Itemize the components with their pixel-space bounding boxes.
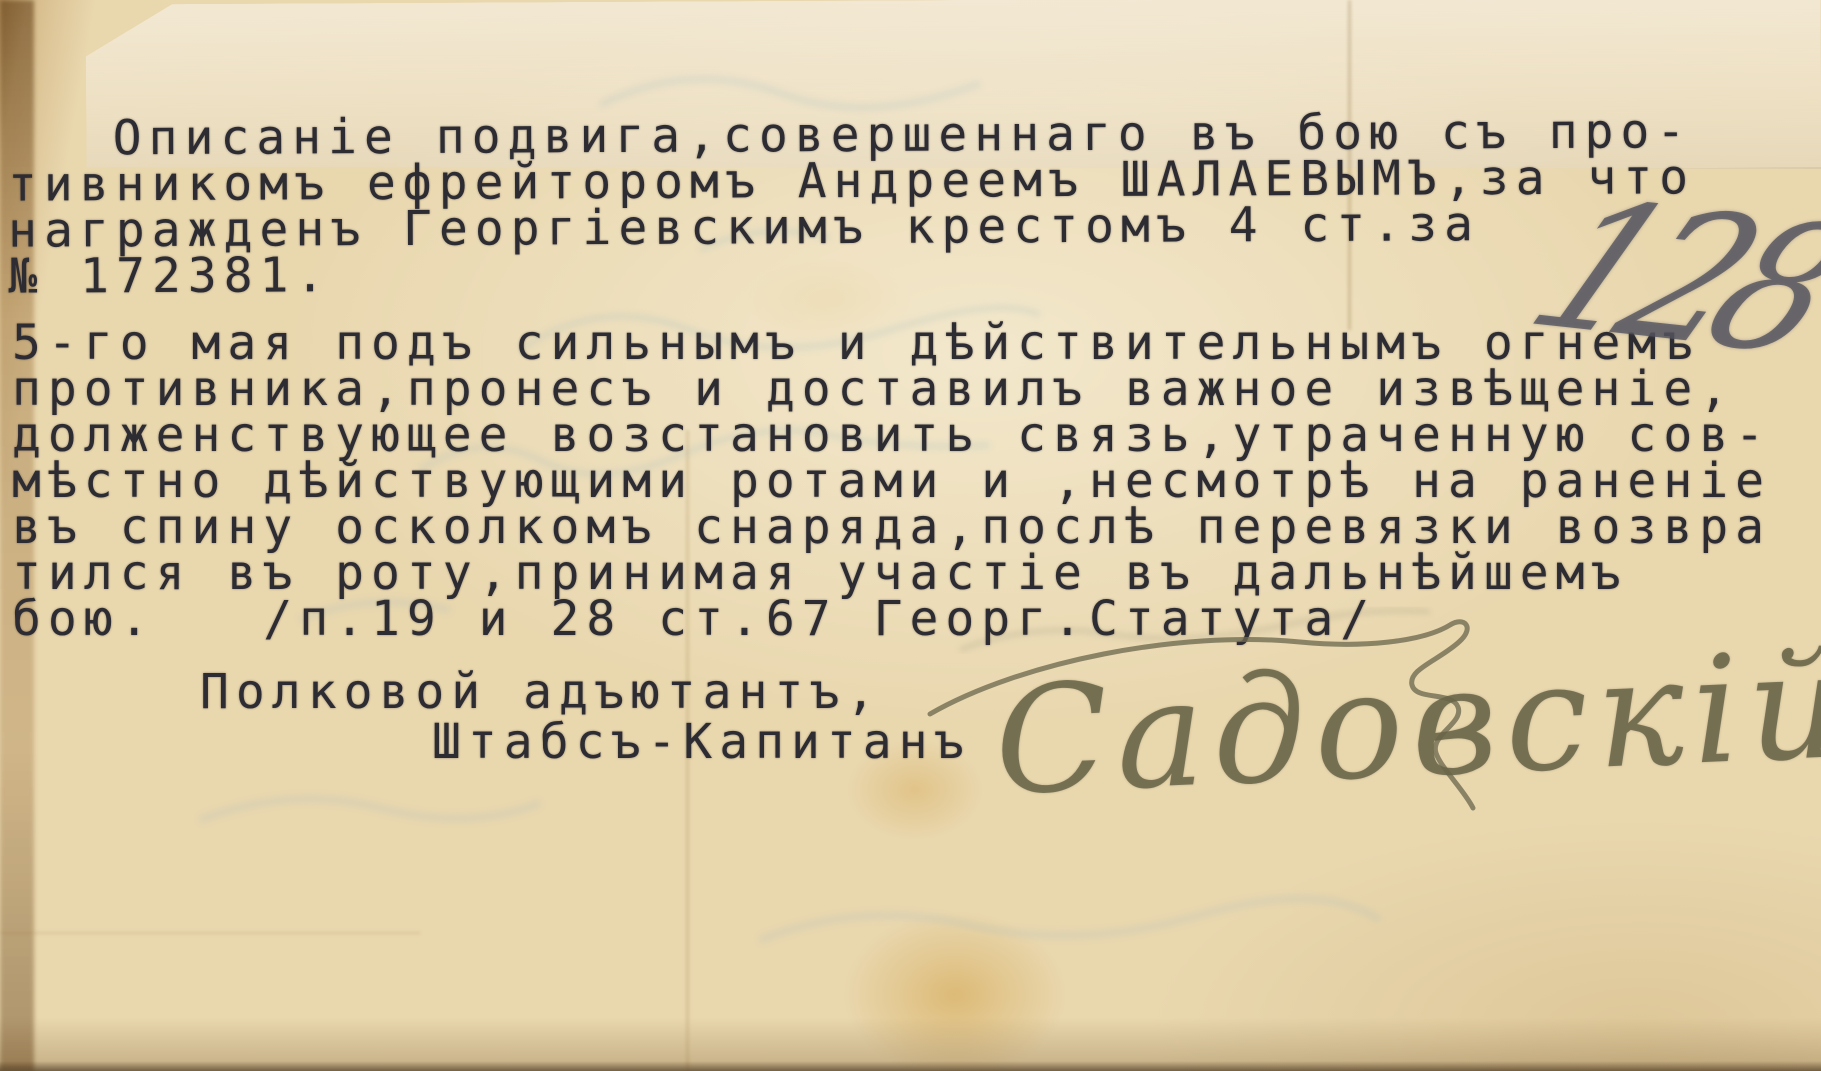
page-bottom-edge (0, 1061, 1821, 1071)
signature-flourish (0, 0, 1821, 1071)
document-scan: Описаніе подвига,совершеннаго въ бою съ … (0, 0, 1821, 1071)
signature-handwritten: Садовскій (992, 631, 1821, 816)
